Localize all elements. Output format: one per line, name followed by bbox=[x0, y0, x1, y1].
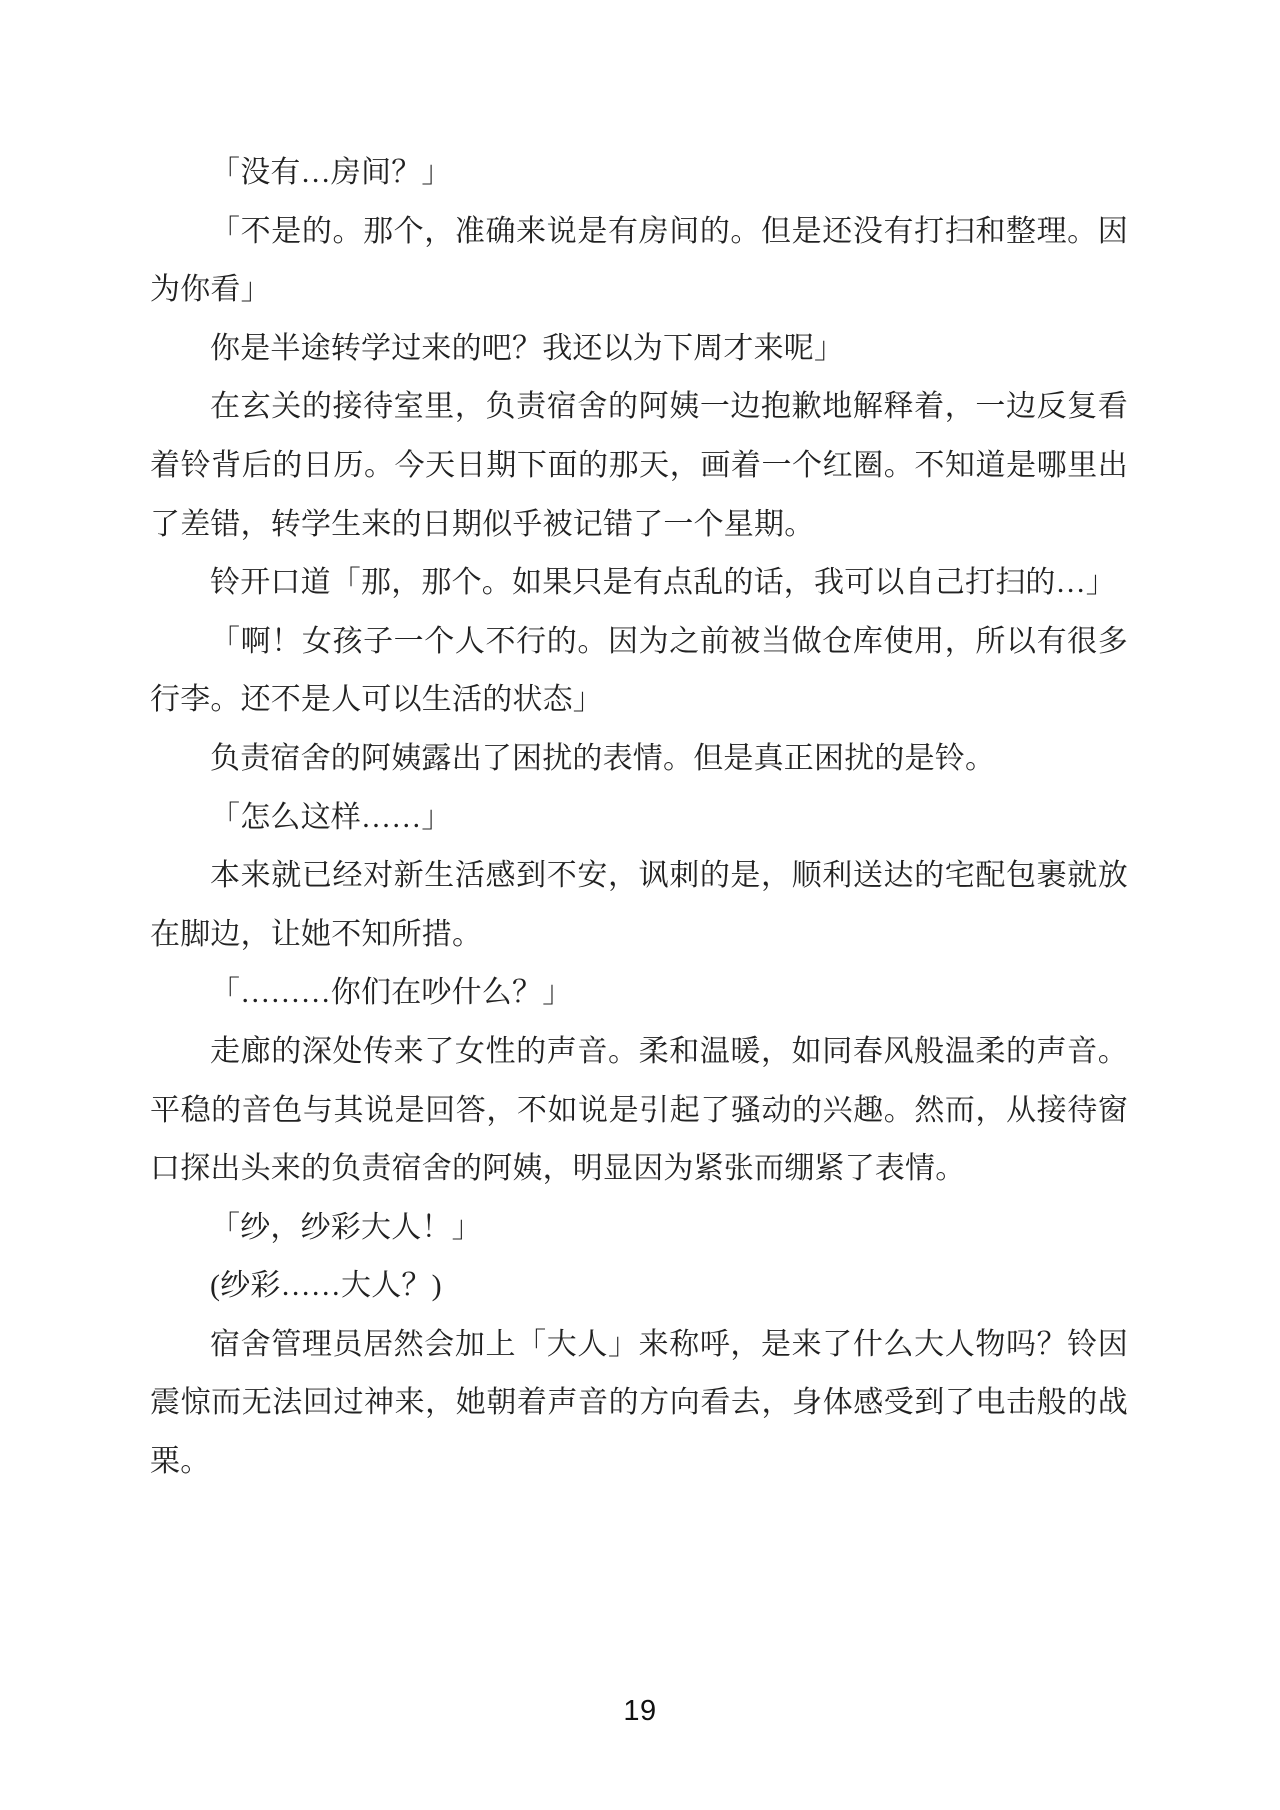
paragraph: 「纱，纱彩大人！」 bbox=[150, 1199, 1128, 1258]
paragraph: 「怎么这样……」 bbox=[150, 789, 1128, 848]
paragraph: 在玄关的接待室里，负责宿舍的阿姨一边抱歉地解释着，一边反复看着铃背后的日历。今天… bbox=[150, 378, 1128, 554]
paragraph: 宿舍管理员居然会加上「大人」来称呼，是来了什么大人物吗？铃因震惊而无法回过神来，… bbox=[150, 1316, 1128, 1492]
paragraph: 铃开口道「那，那个。如果只是有点乱的话，我可以自己打扫的…」 bbox=[150, 554, 1128, 613]
page-footer: 19 bbox=[0, 1694, 1280, 1728]
paragraph: 「不是的。那个，准确来说是有房间的。但是还没有打扫和整理。因为你看」 bbox=[150, 203, 1128, 320]
paragraph: (纱彩……大人？) bbox=[150, 1257, 1128, 1316]
paragraph: 走廊的深处传来了女性的声音。柔和温暖，如同春风般温柔的声音。平稳的音色与其说是回… bbox=[150, 1023, 1128, 1199]
novel-text-body: 「没有…房间？」 「不是的。那个，准确来说是有房间的。但是还没有打扫和整理。因为… bbox=[150, 144, 1128, 1492]
paragraph: 「………你们在吵什么？」 bbox=[150, 964, 1128, 1023]
paragraph: 「啊！女孩子一个人不行的。因为之前被当做仓库使用，所以有很多行李。还不是人可以生… bbox=[150, 613, 1128, 730]
document-page: 「没有…房间？」 「不是的。那个，准确来说是有房间的。但是还没有打扫和整理。因为… bbox=[0, 0, 1280, 1810]
paragraph: 你是半途转学过来的吧？我还以为下周才来呢」 bbox=[150, 320, 1128, 379]
paragraph: 本来就已经对新生活感到不安，讽刺的是，顺利送达的宅配包裹就放在脚边，让她不知所措… bbox=[150, 847, 1128, 964]
paragraph: 「没有…房间？」 bbox=[150, 144, 1128, 203]
paragraph: 负责宿舍的阿姨露出了困扰的表情。但是真正困扰的是铃。 bbox=[150, 730, 1128, 789]
page-number: 19 bbox=[623, 1695, 656, 1727]
